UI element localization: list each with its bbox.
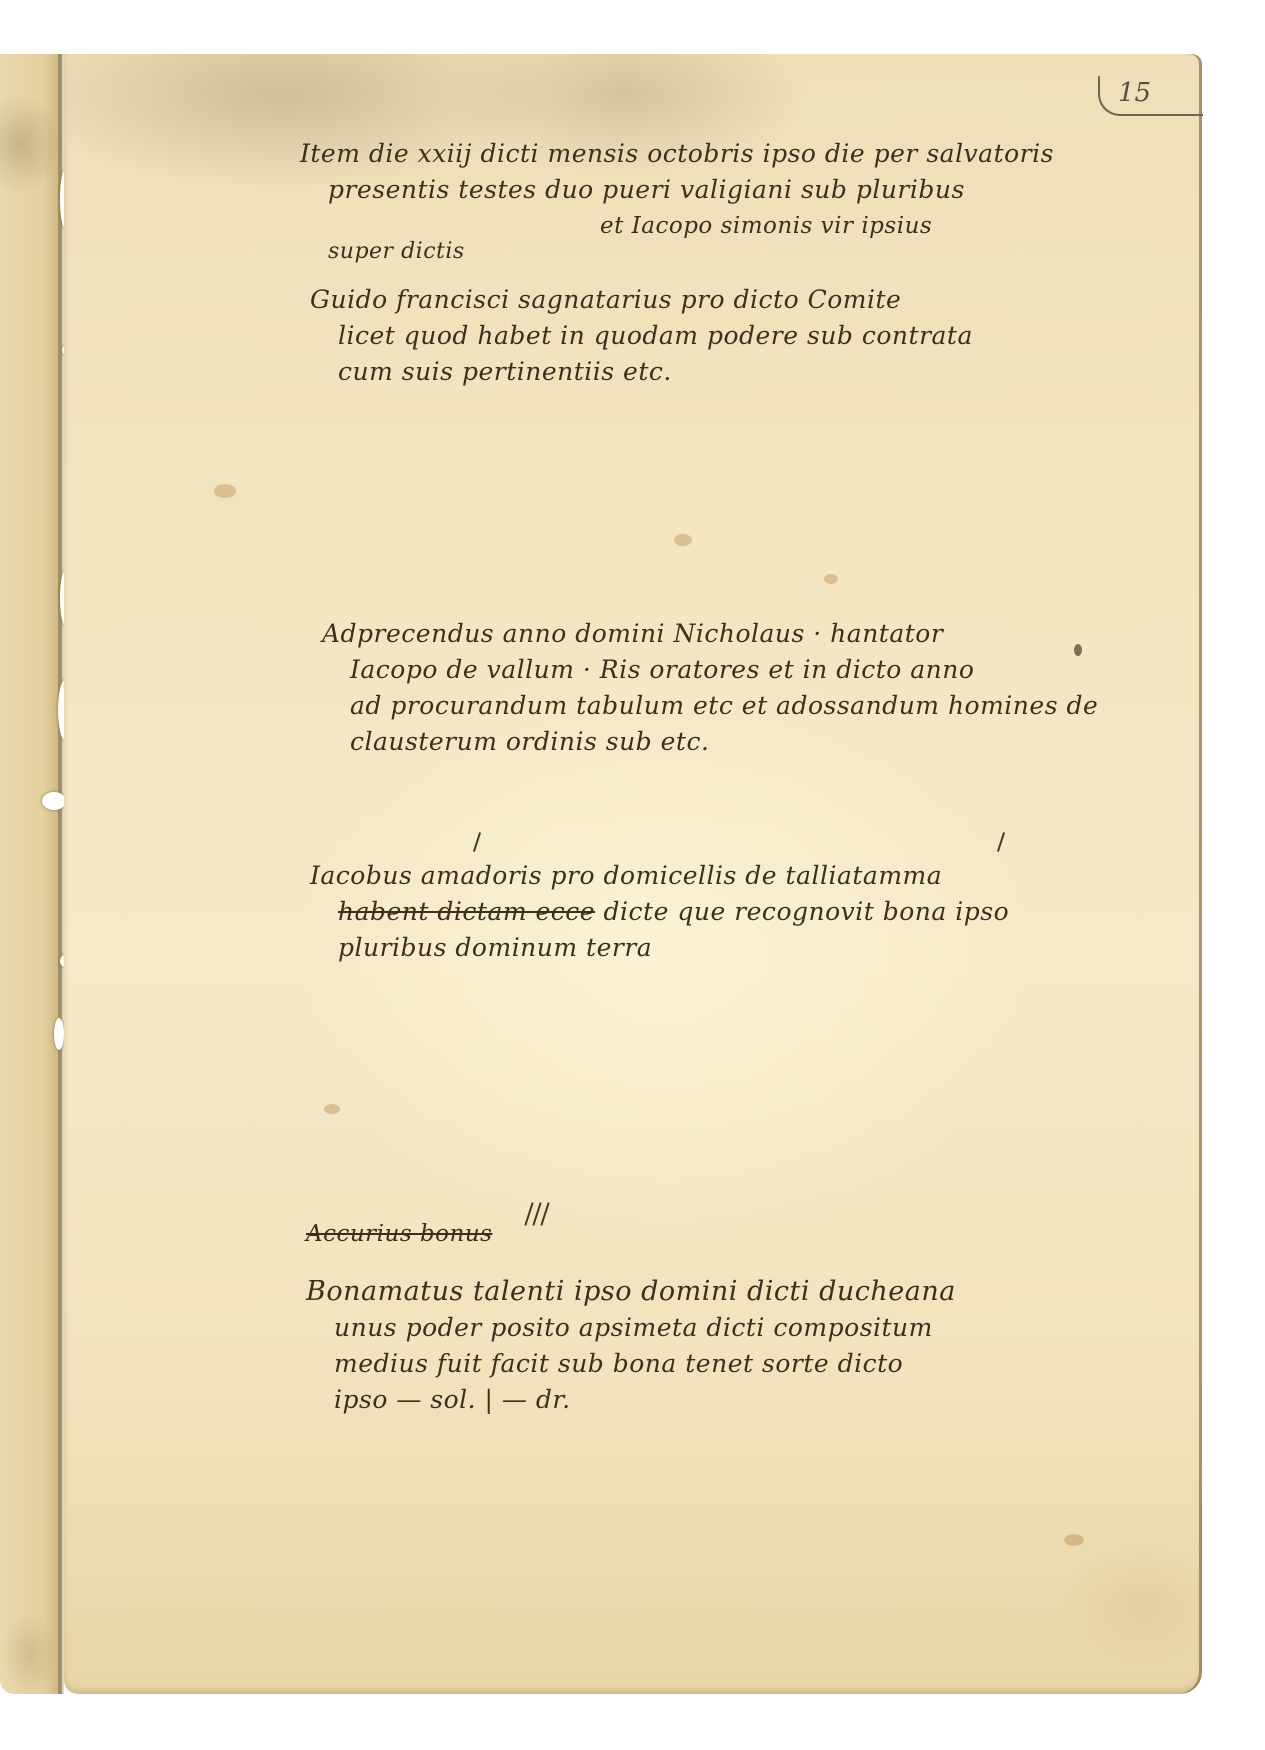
entry-line: habent dictam ecce dicte que recognovit …	[310, 894, 1009, 930]
manuscript-entry: Guido francisci sagnatarius pro dicto Co…	[310, 282, 973, 390]
entry-line: cum suis pertinentiis etc.	[310, 354, 973, 390]
entry-line: pluribus dominum terra	[310, 930, 1009, 966]
entry-line: ad procurandum tabulum etc et adossandum…	[322, 688, 1098, 724]
entry-line: Iacobus amadoris pro domicellis de talli…	[310, 858, 1009, 894]
entry-line: unus poder posito apsimeta dicti composi…	[306, 1310, 956, 1346]
entry-line: Iacopo de vallum · Ris oratores et in di…	[322, 652, 1098, 688]
foxing-spot	[214, 484, 236, 498]
foxing-spot	[674, 534, 692, 546]
manuscript-entry: Item die xxiij dicti mensis octobris ips…	[300, 136, 1054, 270]
entry-heading: Accurius bonus	[306, 1216, 956, 1252]
foxing-spot	[324, 1104, 340, 1114]
previous-leaf-edge	[0, 54, 62, 1694]
folio-number-text: 15	[1118, 78, 1151, 108]
entry-line: Adprecendus anno domini Nicholaus · hant…	[322, 616, 1098, 652]
binding-hole	[42, 792, 66, 810]
foxing-spot	[824, 574, 838, 584]
entry-line: ipso — sol. | — dr.	[306, 1382, 956, 1418]
manuscript-entry: Iacobus amadoris pro domicellis de talli…	[310, 858, 1009, 966]
folio-number: 15	[1098, 76, 1203, 116]
entry-line: Item die xxiij dicti mensis octobris ips…	[300, 136, 1054, 172]
manuscript-entry: Accurius bonus Bonamatus talenti ipso do…	[306, 1216, 956, 1418]
struck-text: habent dictam ecce	[338, 897, 595, 926]
manuscript-entry: Adprecendus anno domini Nicholaus · hant…	[322, 616, 1098, 760]
entry-line: clausterum ordinis sub etc.	[322, 724, 1098, 760]
entry-line: presentis testes duo pueri valigiani sub…	[300, 172, 1054, 208]
entry-line: Guido francisci sagnatarius pro dicto Co…	[310, 282, 973, 318]
foxing-spot	[1064, 1534, 1084, 1546]
manuscript-scan: 15 Item die xxiij dicti mensis octobris …	[0, 0, 1265, 1750]
binding-hole	[54, 1018, 64, 1050]
entry-line: medius fuit facit sub bona tenet sorte d…	[306, 1346, 956, 1382]
entry-line: licet quod habet in quodam podere sub co…	[310, 318, 973, 354]
entry-line: Bonamatus talenti ipso domini dicti duch…	[306, 1274, 956, 1310]
